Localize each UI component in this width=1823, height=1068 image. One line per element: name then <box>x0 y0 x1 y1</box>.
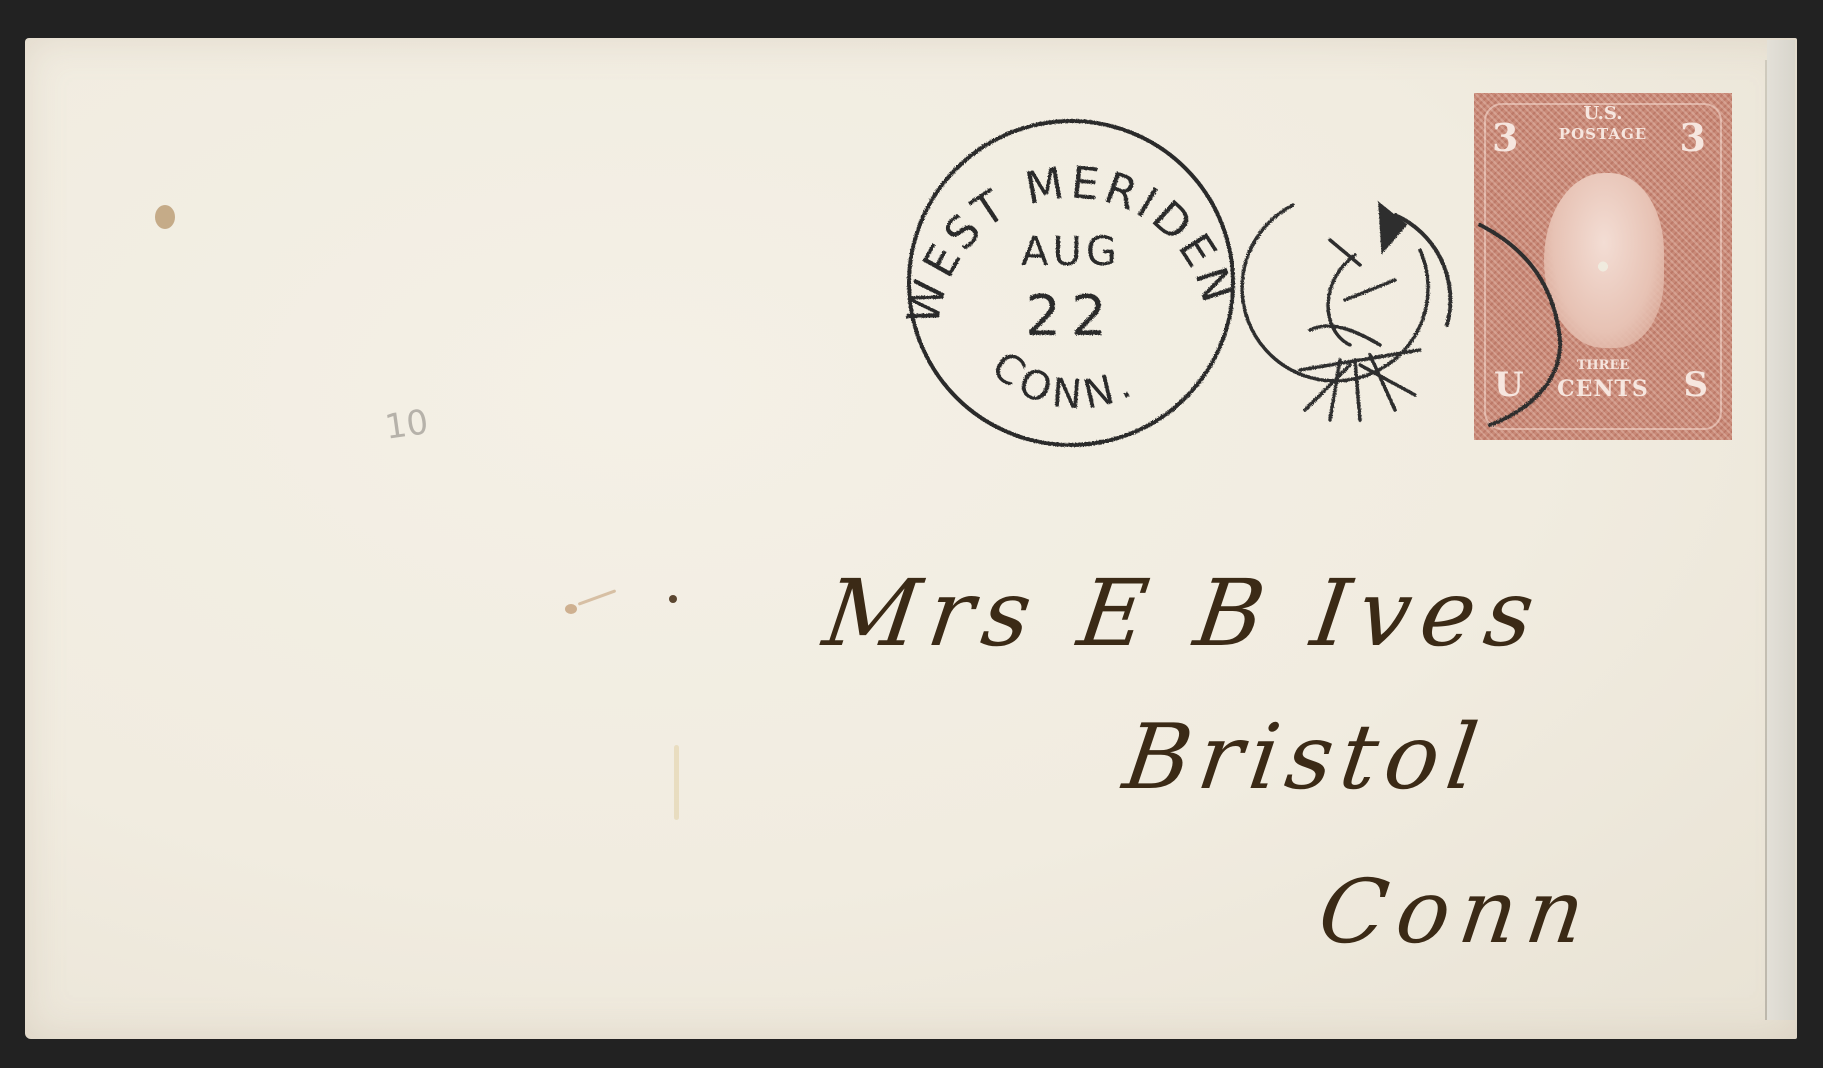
postmark-state: CONN. <box>983 343 1143 419</box>
address-line2: Bristol <box>1118 705 1492 810</box>
postmark-day: 22 <box>1025 284 1116 349</box>
address-line3: Conn <box>1313 860 1601 963</box>
fancy-cancel <box>1242 205 1560 425</box>
postmark-month: AUG <box>1021 229 1121 275</box>
circular-datestamp: WEST MERIDEN CONN. AUG 22 <box>898 121 1244 445</box>
address-line1: Mrs E B Ives <box>817 560 1550 667</box>
